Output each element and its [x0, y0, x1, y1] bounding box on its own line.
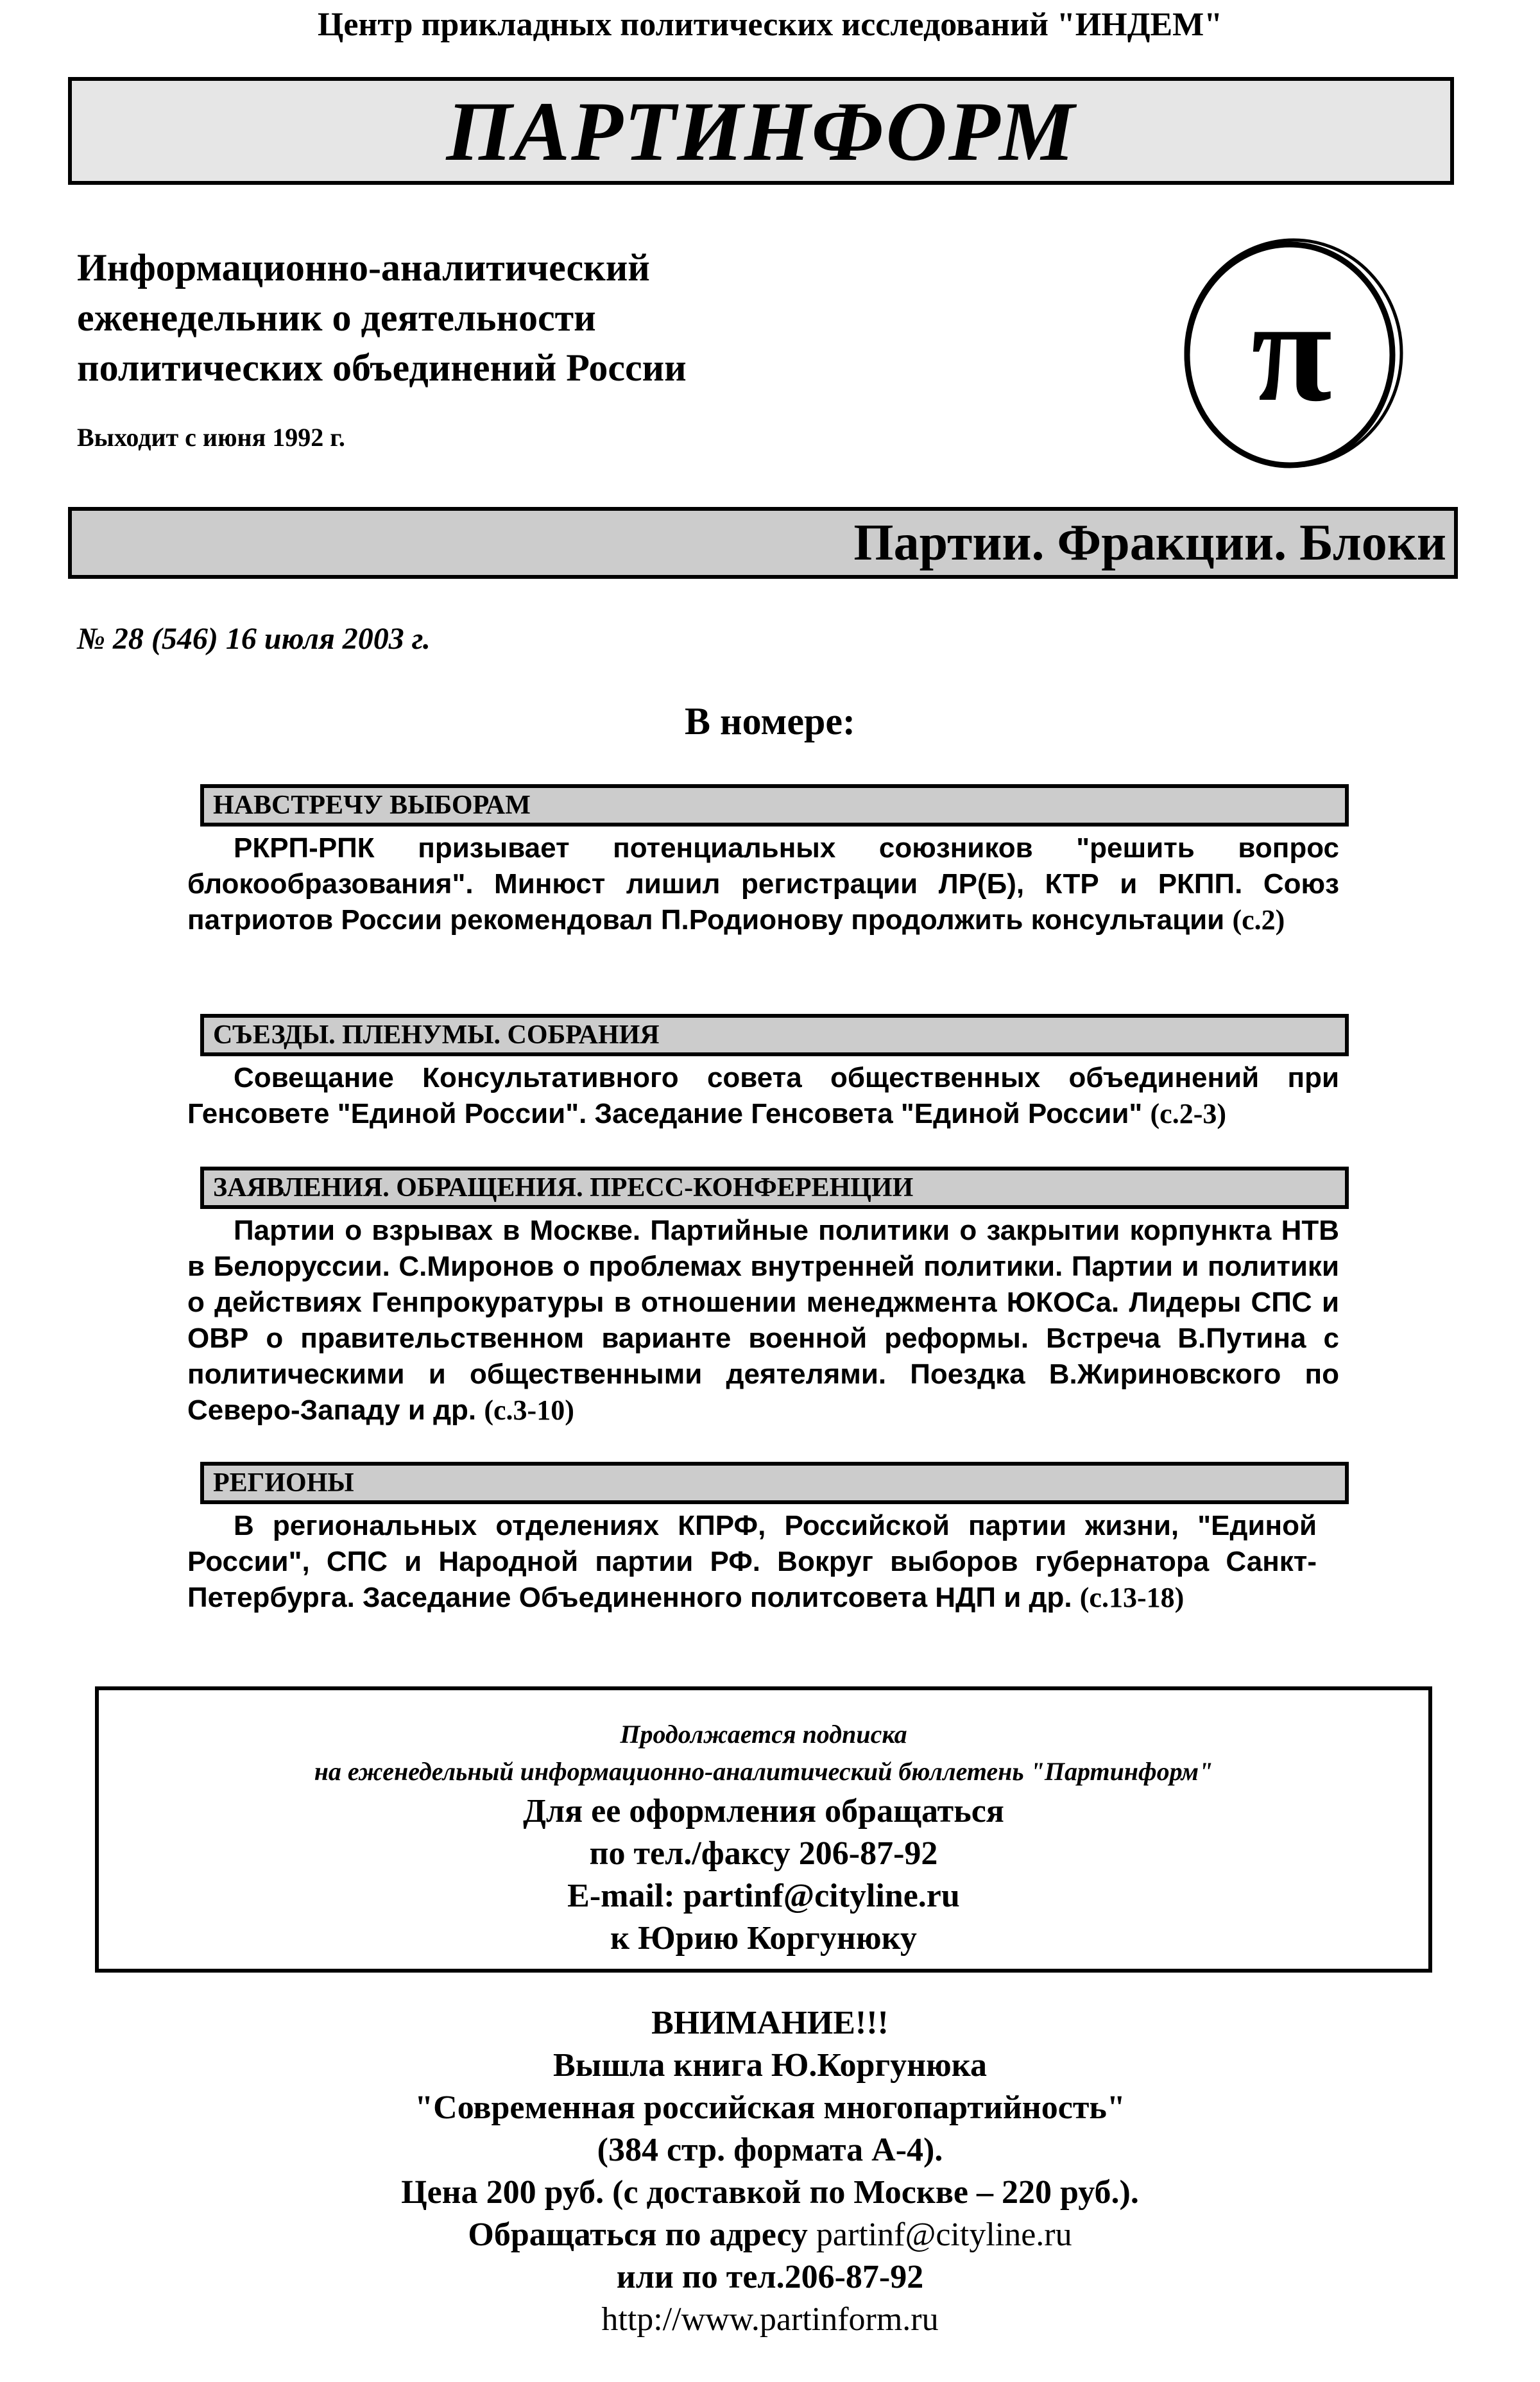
page-ref: (с.2-3)	[1151, 1098, 1227, 1129]
description-line: Информационно-аналитический	[77, 243, 687, 293]
organization-name: Центр прикладных политических исследован…	[0, 3, 1540, 47]
masthead-box: ПАРТИНФОРМ	[68, 77, 1454, 185]
contents-heading: В номере:	[0, 699, 1540, 744]
subscription-line: Для ее оформления обращаться	[99, 1790, 1428, 1833]
subscription-line: на еженедельный информационно-аналитичес…	[99, 1753, 1428, 1790]
summary-text: РКРП-РПК призывает потенциальных союзник…	[187, 832, 1339, 936]
subscription-phone: по тел./факсу 206-87-92	[99, 1833, 1428, 1875]
pi-circle-logo-icon: π	[1174, 236, 1412, 474]
contact-email-link[interactable]: partinf@cityline.ru	[816, 2216, 1072, 2253]
section-summary: В региональных отделениях КПРФ, Российск…	[187, 1508, 1317, 1616]
section-summary: РКРП-РПК призывает потенциальных союзник…	[187, 830, 1339, 938]
description-line: политических объединений России	[77, 343, 687, 393]
subscription-line: Продолжается подписка	[99, 1716, 1428, 1753]
summary-text: Партии о взрывах в Москве. Партийные пол…	[187, 1215, 1339, 1426]
contents-section: НАВСТРЕЧУ ВЫБОРАМ РКРП-РПК призывает пот…	[187, 784, 1336, 938]
page-ref: (с.2)	[1232, 904, 1285, 936]
section-title: СЪЕЗДЫ. ПЛЕНУМЫ. СОБРАНИЯ	[200, 1014, 1349, 1056]
section-title: НАВСТРЕЧУ ВЫБОРАМ	[200, 784, 1349, 827]
masthead-title: ПАРТИНФОРМ	[446, 82, 1075, 180]
page-ref: (с.3-10)	[484, 1394, 574, 1426]
attention-heading: ВНИМАНИЕ!!!	[0, 2002, 1540, 2044]
book-title: "Современная российская многопартийность…	[0, 2087, 1540, 2129]
contents-section: ЗАЯВЛЕНИЯ. ОБРАЩЕНИЯ. ПРЕСС-КОНФЕРЕНЦИИ …	[187, 1167, 1336, 1428]
contents-section: СЪЕЗДЫ. ПЛЕНУМЫ. СОБРАНИЯ Совещание Конс…	[187, 1014, 1336, 1132]
contents-section: РЕГИОНЫ В региональных отделениях КПРФ, …	[187, 1462, 1336, 1616]
contact-prefix: Обращаться по адресу	[468, 2216, 816, 2253]
issue-number: № 28 (546) 16 июля 2003 г.	[77, 621, 431, 656]
book-price: Цена 200 руб. (с доставкой по Москве – 2…	[0, 2172, 1540, 2214]
section-title: ЗАЯВЛЕНИЯ. ОБРАЩЕНИЯ. ПРЕСС-КОНФЕРЕНЦИИ	[200, 1167, 1349, 1209]
publication-description: Информационно-аналитический еженедельник…	[77, 243, 687, 393]
book-format: (384 стр. формата А-4).	[0, 2129, 1540, 2172]
published-since: Выходит с июня 1992 г.	[77, 422, 345, 452]
svg-text:π: π	[1251, 268, 1332, 432]
book-announcement: ВНИМАНИЕ!!! Вышла книга Ю.Коргунюка "Сов…	[0, 2002, 1540, 2341]
announcement-line: Вышла книга Ю.Коргунюка	[0, 2044, 1540, 2087]
description-line: еженедельник о деятельности	[77, 293, 687, 343]
subscription-box: Продолжается подписка на еженедельный ин…	[95, 1686, 1432, 1973]
contact-phone: или по тел.206-87-92	[0, 2256, 1540, 2299]
section-summary: Партии о взрывах в Москве. Партийные пол…	[187, 1213, 1339, 1428]
website-link[interactable]: http://www.partinform.ru	[0, 2299, 1540, 2341]
section-band: Партии. Фракции. Блоки	[68, 507, 1458, 579]
section-title: РЕГИОНЫ	[200, 1462, 1349, 1504]
subscription-email[interactable]: E-mail: partinf@cityline.ru	[99, 1875, 1428, 1917]
subscription-contact: к Юрию Коргунюку	[99, 1917, 1428, 1960]
band-title: Партии. Фракции. Блоки	[853, 514, 1446, 572]
contact-address-line: Обращаться по адресу partinf@cityline.ru	[0, 2214, 1540, 2256]
section-summary: Совещание Консультативного совета общест…	[187, 1060, 1339, 1132]
page-ref: (с.13-18)	[1080, 1582, 1185, 1613]
